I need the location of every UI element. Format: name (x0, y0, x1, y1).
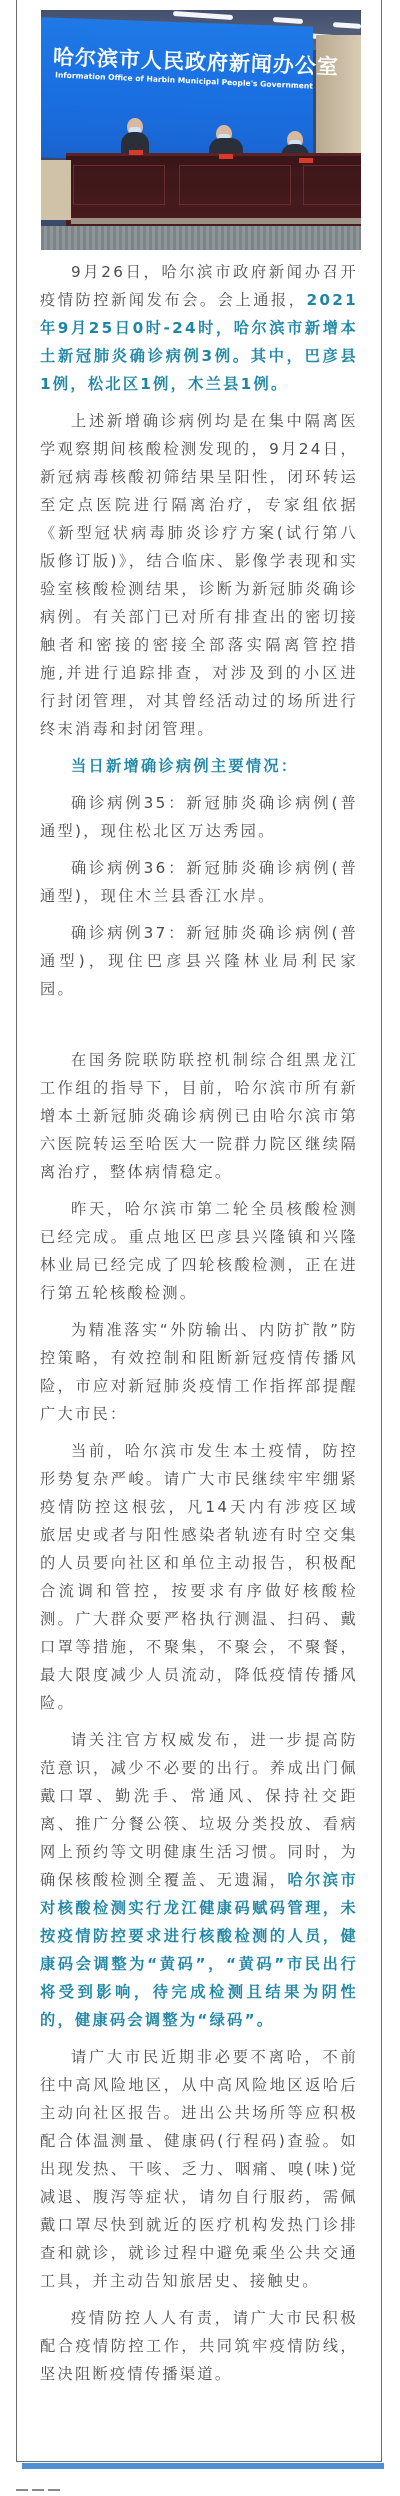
paragraph-announcement: 9月26日，哈尔滨市政府新闻办召开疫情防控新闻发布会。会上通报，2021年9月2… (40, 258, 358, 398)
led-screen (41, 17, 313, 166)
paragraph-health-code: 请关注官方权威发布，进一步提高防范意识，减少不必要的出行。养成出门佩戴口罩、勤洗… (40, 1726, 358, 2034)
paragraph-treatment: 在国务院联防联控机制综合组黑龙江工作组的指导下，目前，哈尔滨市所有新增本土新冠肺… (40, 1046, 358, 1186)
wall (41, 160, 71, 220)
paragraph-testing: 昨天，哈尔滨市第二轮全员核酸检测已经完成。重点地区巴彦县兴隆镇和兴隆林业局已经完… (40, 1195, 358, 1307)
nameplate (219, 154, 233, 159)
desk-panel (303, 165, 361, 205)
carpet-floor (41, 226, 361, 250)
case-item: 确诊病例37：新冠肺炎确诊病例(普通型)，现住巴彦县兴隆林业局利民家园。 (40, 919, 358, 1003)
desk-base (71, 218, 361, 224)
glyph-fragment (16, 2489, 28, 2496)
desk-panel (179, 165, 291, 205)
highlight-health-code: 哈尔滨市对核酸检测实行龙江健康码赋码管理，未按疫情防控要求进行核酸检测的人员，健… (40, 1871, 358, 2029)
glyph-fragment (32, 2489, 44, 2496)
paragraph-detection: 上述新增确诊病例均是在集中隔离医学观察期间核酸检测发现的，9月24日，新冠病毒核… (40, 407, 358, 743)
next-section-stub (16, 2486, 86, 2496)
press-conference-photo: 哈尔滨市人民政府新闻办公室 Information Office of Harb… (41, 10, 361, 250)
paragraph-closing: 疫情防控人人有责，请广大市民积极配合疫情防控工作，共同筑牢疫情防线，坚决阻断疫情… (40, 2304, 358, 2388)
paragraph-situation: 当前，哈尔滨市发生本土疫情，防控形势复杂严峻。请广大市民继续牢牢绷紧疫情防控这根… (40, 1437, 358, 1717)
glyph-fragment (48, 2489, 60, 2496)
desk-panel (73, 165, 165, 205)
frame-shadow-bar (22, 2463, 384, 2469)
paragraph-reminder-intro: 为精准落实“外防输出、内防扩散”防控策略，有效控制和阻断新冠疫情传播风险，市应对… (40, 1316, 358, 1428)
case-item: 确诊病例35：新冠肺炎确诊病例(普通型)，现住松北区万达秀园。 (40, 789, 358, 845)
nameplate (129, 150, 143, 155)
guidance-text: 请关注官方权威发布，进一步提高防范意识，减少不必要的出行。养成出门佩戴口罩、勤洗… (40, 1731, 358, 1889)
article-body: 9月26日，哈尔滨市政府新闻办召开疫情防控新闻发布会。会上通报，2021年9月2… (40, 258, 358, 2397)
paragraph-travel-advice: 请广大市民近期非必要不离哈，不前往中高风险地区，从中高风险地区返哈后主动向社区报… (40, 2043, 358, 2295)
spacer (40, 1012, 358, 1046)
nameplate (299, 158, 313, 163)
cases-heading: 当日新增确诊病例主要情况： (40, 752, 358, 780)
case-item: 确诊病例36：新冠肺炎确诊病例(普通型)，现住木兰县香江水岸。 (40, 854, 358, 910)
